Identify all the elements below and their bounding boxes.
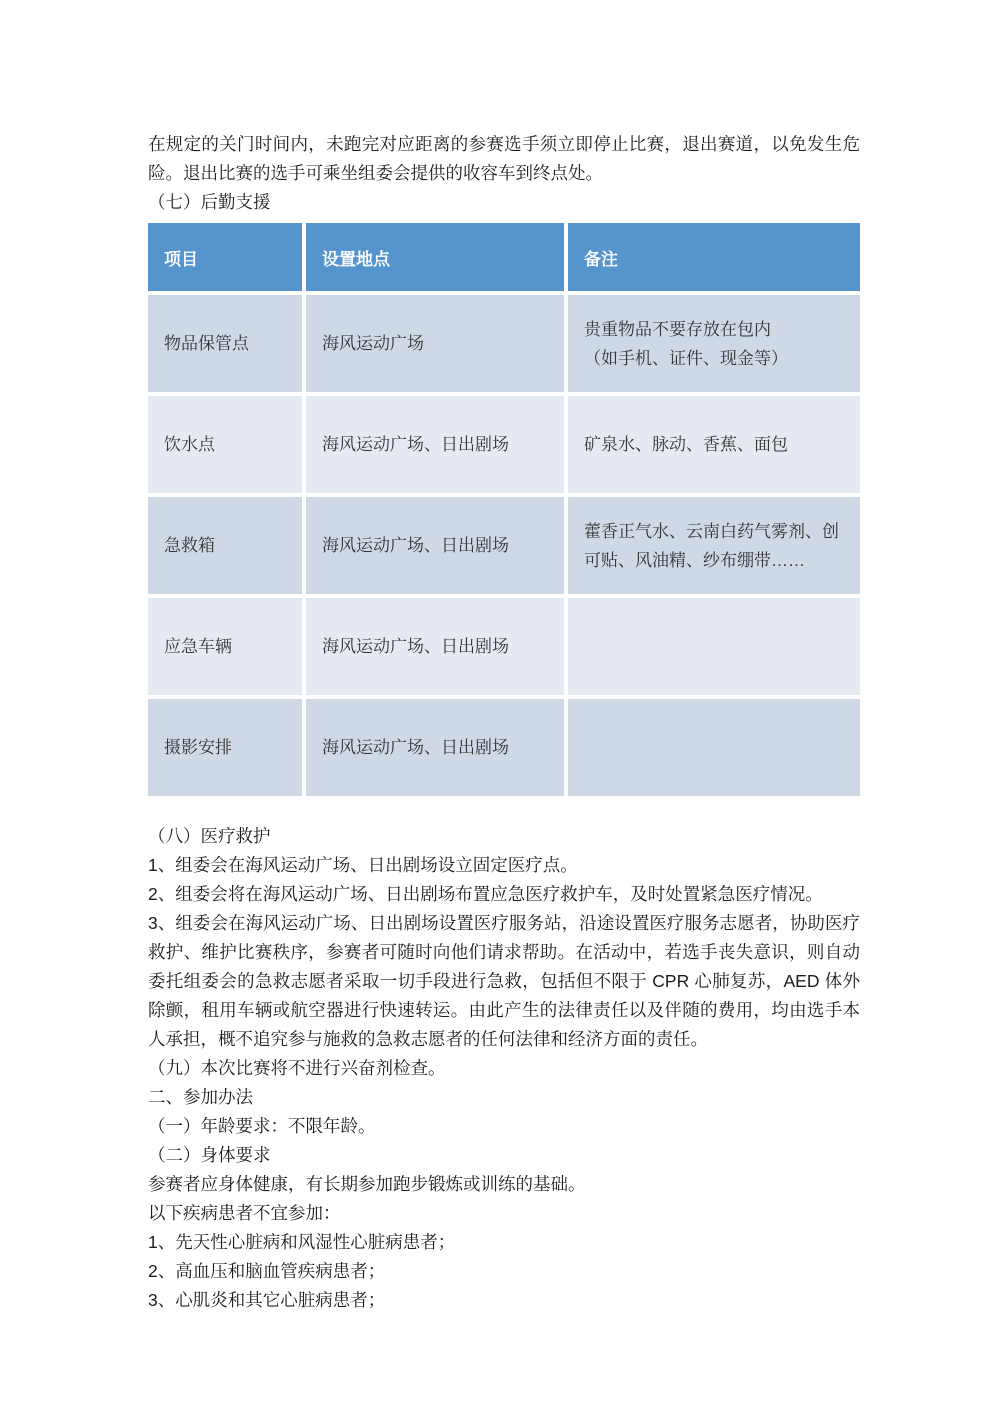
disease-list-intro: 以下疾病患者不宜参加： [148,1199,860,1228]
table-cell-item: 应急车辆 [148,598,302,695]
disease-item-2: 2、高血压和脑血管疾病患者； [148,1257,860,1286]
table-cell-item: 物品保管点 [148,295,302,392]
body-requirement-heading: （二）身体要求 [148,1141,860,1170]
age-requirement: （一）年龄要求：不限年龄。 [148,1112,860,1141]
medical-item-2: 2、组委会将在海风运动广场、日出剧场布置应急医疗救护车，及时处置紧急医疗情况。 [148,880,860,909]
intro-paragraph: 在规定的关门时间内，未跑完对应距离的参赛选手须立即停止比赛，退出赛道，以免发生危… [148,130,860,188]
table-cell-note [568,699,860,796]
table-cell-note: 矿泉水、脉动、香蕉、面包 [568,396,860,493]
table-header-location: 设置地点 [306,223,564,291]
medical-item-1: 1、组委会在海风运动广场、日出剧场设立固定医疗点。 [148,851,860,880]
table-cell-note: 贵重物品不要存放在包内 （如手机、证件、现金等） [568,295,860,392]
table-cell-location: 海风运动广场、日出剧场 [306,598,564,695]
table-cell-item: 饮水点 [148,396,302,493]
table-header-item: 项目 [148,223,302,291]
table-cell-note: 藿香正气水、云南白药气雾剂、创可贴、风油精、纱布绷带…… [568,497,860,594]
section8-heading: （八）医疗救护 [148,822,860,851]
disease-item-3: 3、心肌炎和其它心脏病患者； [148,1286,860,1315]
table-cell-note [568,598,860,695]
medical-item-3: 3、组委会在海风运动广场、日出剧场设置医疗服务站，沿途设置医疗服务志愿者，协助医… [148,909,860,1054]
section7-heading: （七）后勤支援 [148,188,860,217]
section9-heading: （九）本次比赛将不进行兴奋剂检查。 [148,1054,860,1083]
part2-heading: 二、参加办法 [148,1083,860,1112]
document-page: 在规定的关门时间内，未跑完对应距离的参赛选手须立即停止比赛，退出赛道，以免发生危… [148,0,860,1315]
table-cell-location: 海风运动广场 [306,295,564,392]
table-header-note: 备注 [568,223,860,291]
table-cell-item: 摄影安排 [148,699,302,796]
logistics-table: 项目 设置地点 备注 物品保管点 海风运动广场 贵重物品不要存放在包内 （如手机… [148,223,860,796]
table-cell-item: 急救箱 [148,497,302,594]
disease-item-1: 1、先天性心脏病和风湿性心脏病患者； [148,1228,860,1257]
table-cell-location: 海风运动广场、日出剧场 [306,497,564,594]
table-cell-location: 海风运动广场、日出剧场 [306,396,564,493]
health-statement: 参赛者应身体健康，有长期参加跑步锻炼或训练的基础。 [148,1170,860,1199]
table-cell-location: 海风运动广场、日出剧场 [306,699,564,796]
